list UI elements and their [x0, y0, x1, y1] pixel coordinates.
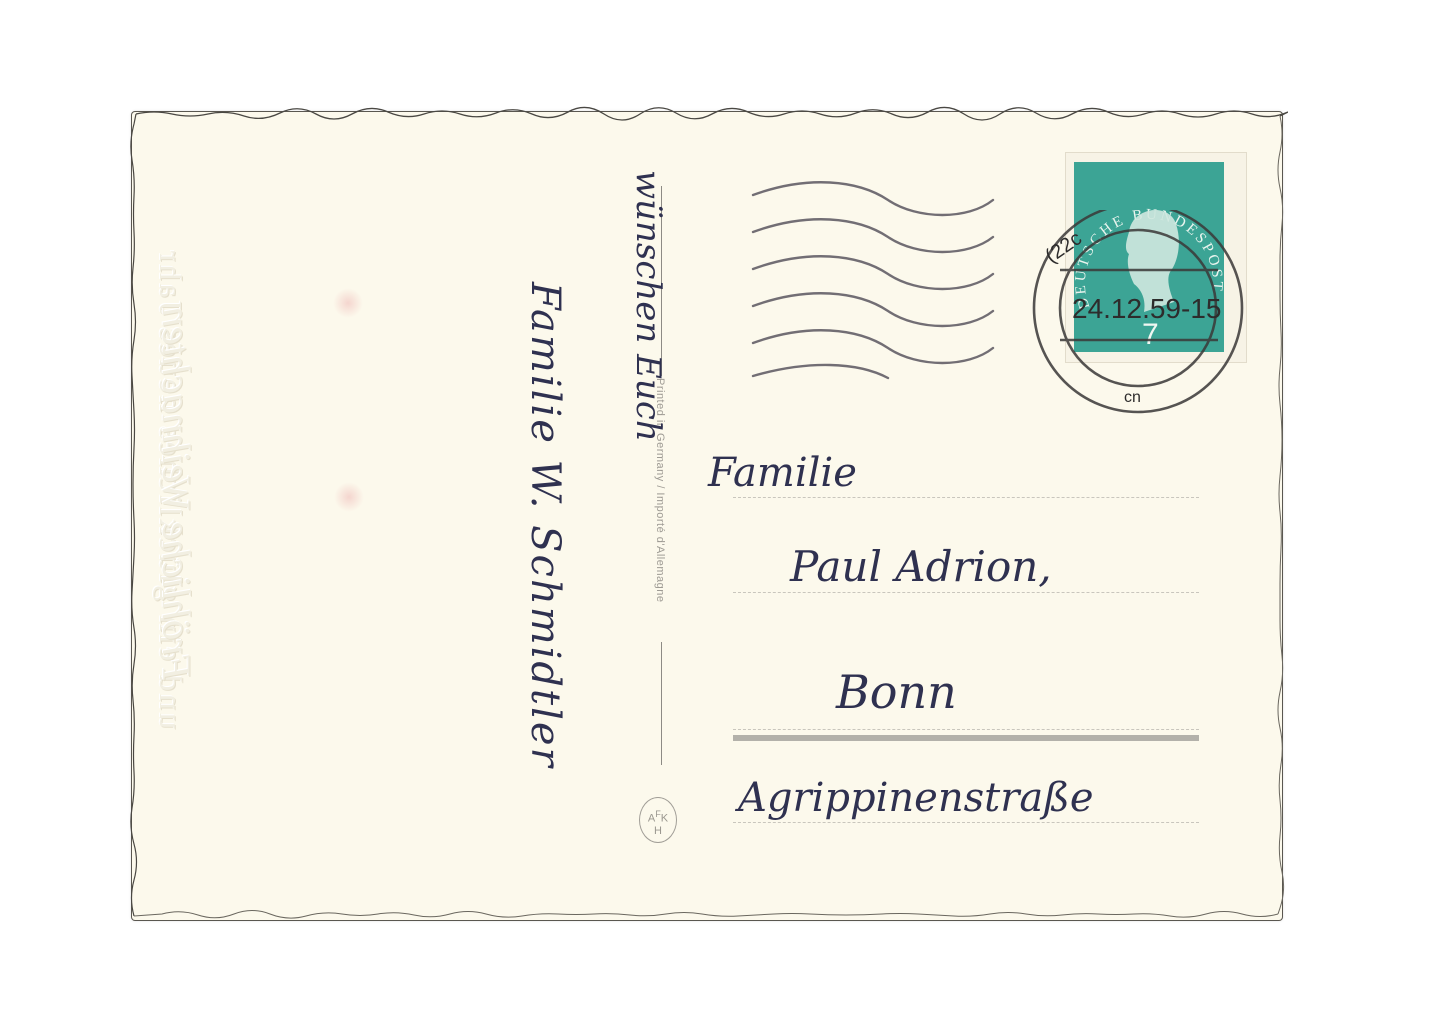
stain	[334, 482, 364, 512]
address-line-3	[733, 729, 1199, 730]
embossed-greeting-line2: Fröhliche Weihnachten	[153, 307, 200, 680]
address-city-bar	[733, 735, 1199, 741]
address-street: Agrippinenstraße	[738, 775, 1094, 821]
publisher-logo: AFK H	[639, 797, 677, 843]
address-line-1	[733, 497, 1199, 498]
address-recipient-name: Paul Adrion,	[790, 542, 1052, 591]
postage-stamp: DEUTSCHE BUNDESPOST 7	[1074, 162, 1224, 352]
address-city: Bonn	[836, 665, 957, 719]
svg-text:7: 7	[1142, 318, 1159, 351]
stamp-portrait-icon: DEUTSCHE BUNDESPOST 7	[1074, 162, 1224, 352]
center-divider-lower	[661, 642, 662, 765]
stain	[333, 288, 363, 318]
address-recipient-prefix: Familie	[708, 450, 857, 496]
message-line1: wünschen Euch	[628, 170, 668, 442]
address-line-4	[733, 822, 1199, 823]
message-line2: Familie W. Schmidtler	[522, 282, 568, 769]
address-line-2	[733, 592, 1199, 593]
